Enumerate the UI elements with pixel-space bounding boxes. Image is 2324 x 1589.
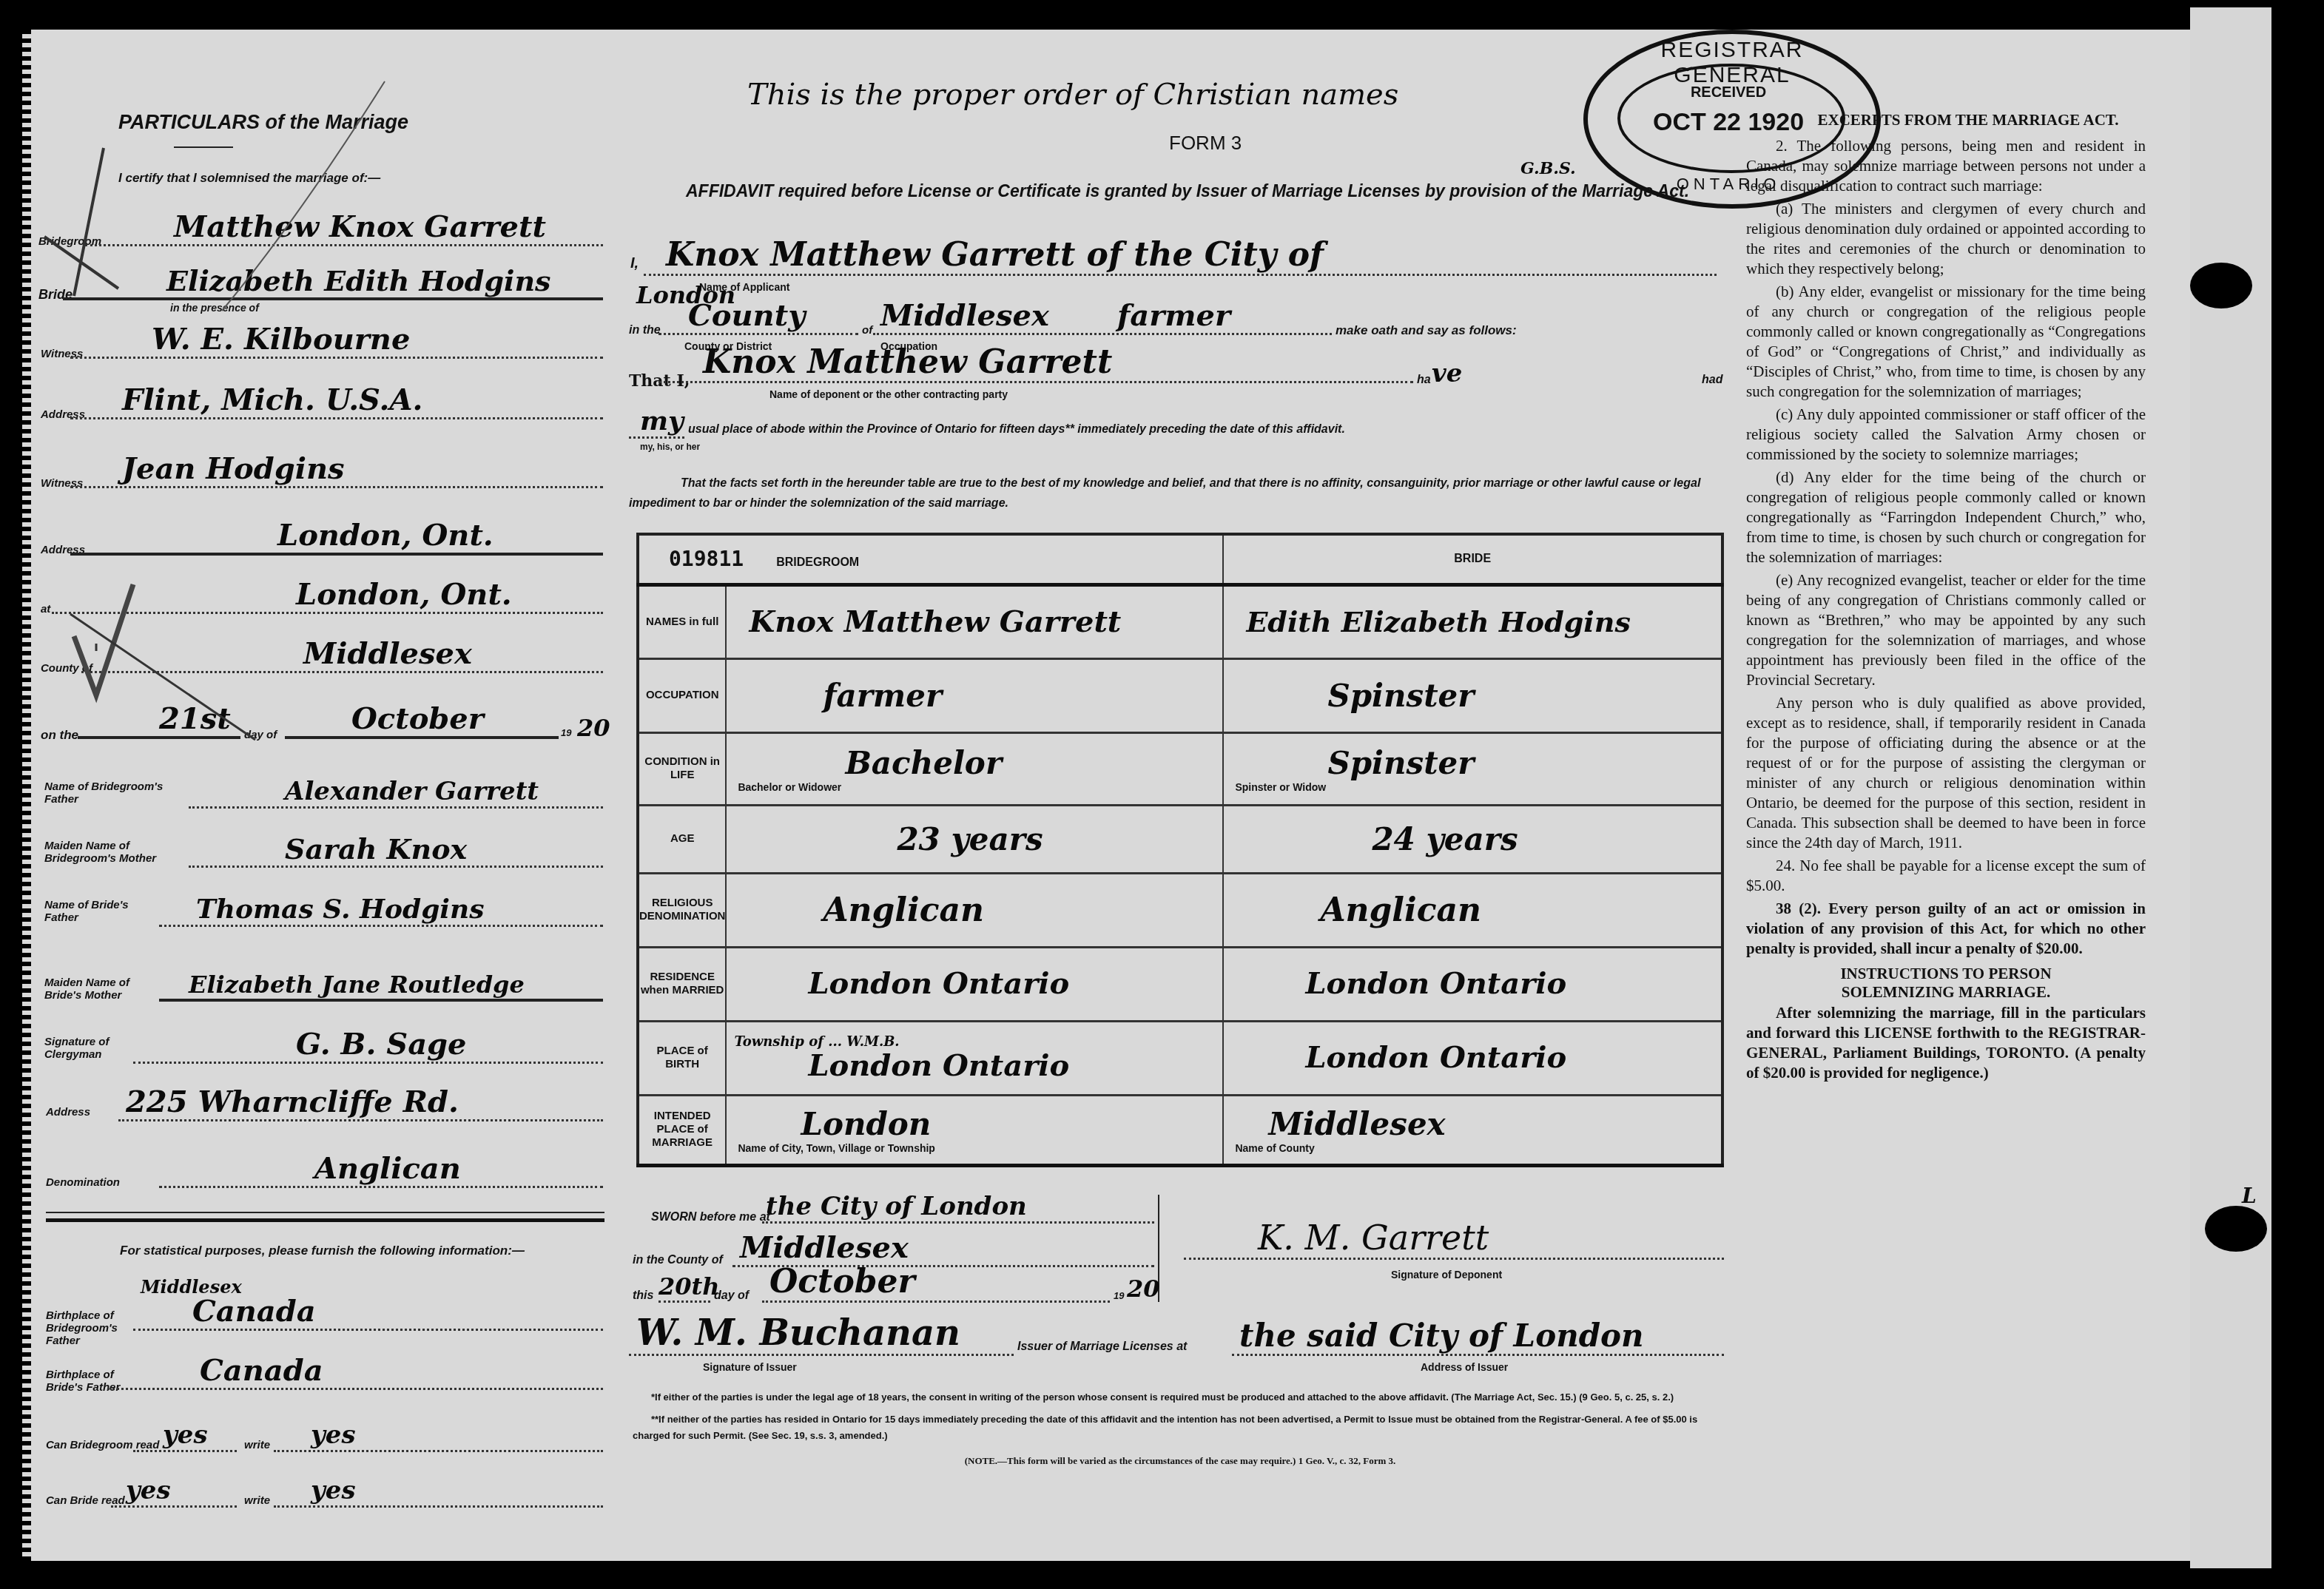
strike-line-icon: [222, 81, 385, 311]
strike-line-icon: [70, 614, 255, 740]
check-mark-icon: [44, 148, 118, 296]
pen-marks: [0, 0, 2324, 1589]
check-mark-icon: [74, 584, 133, 695]
